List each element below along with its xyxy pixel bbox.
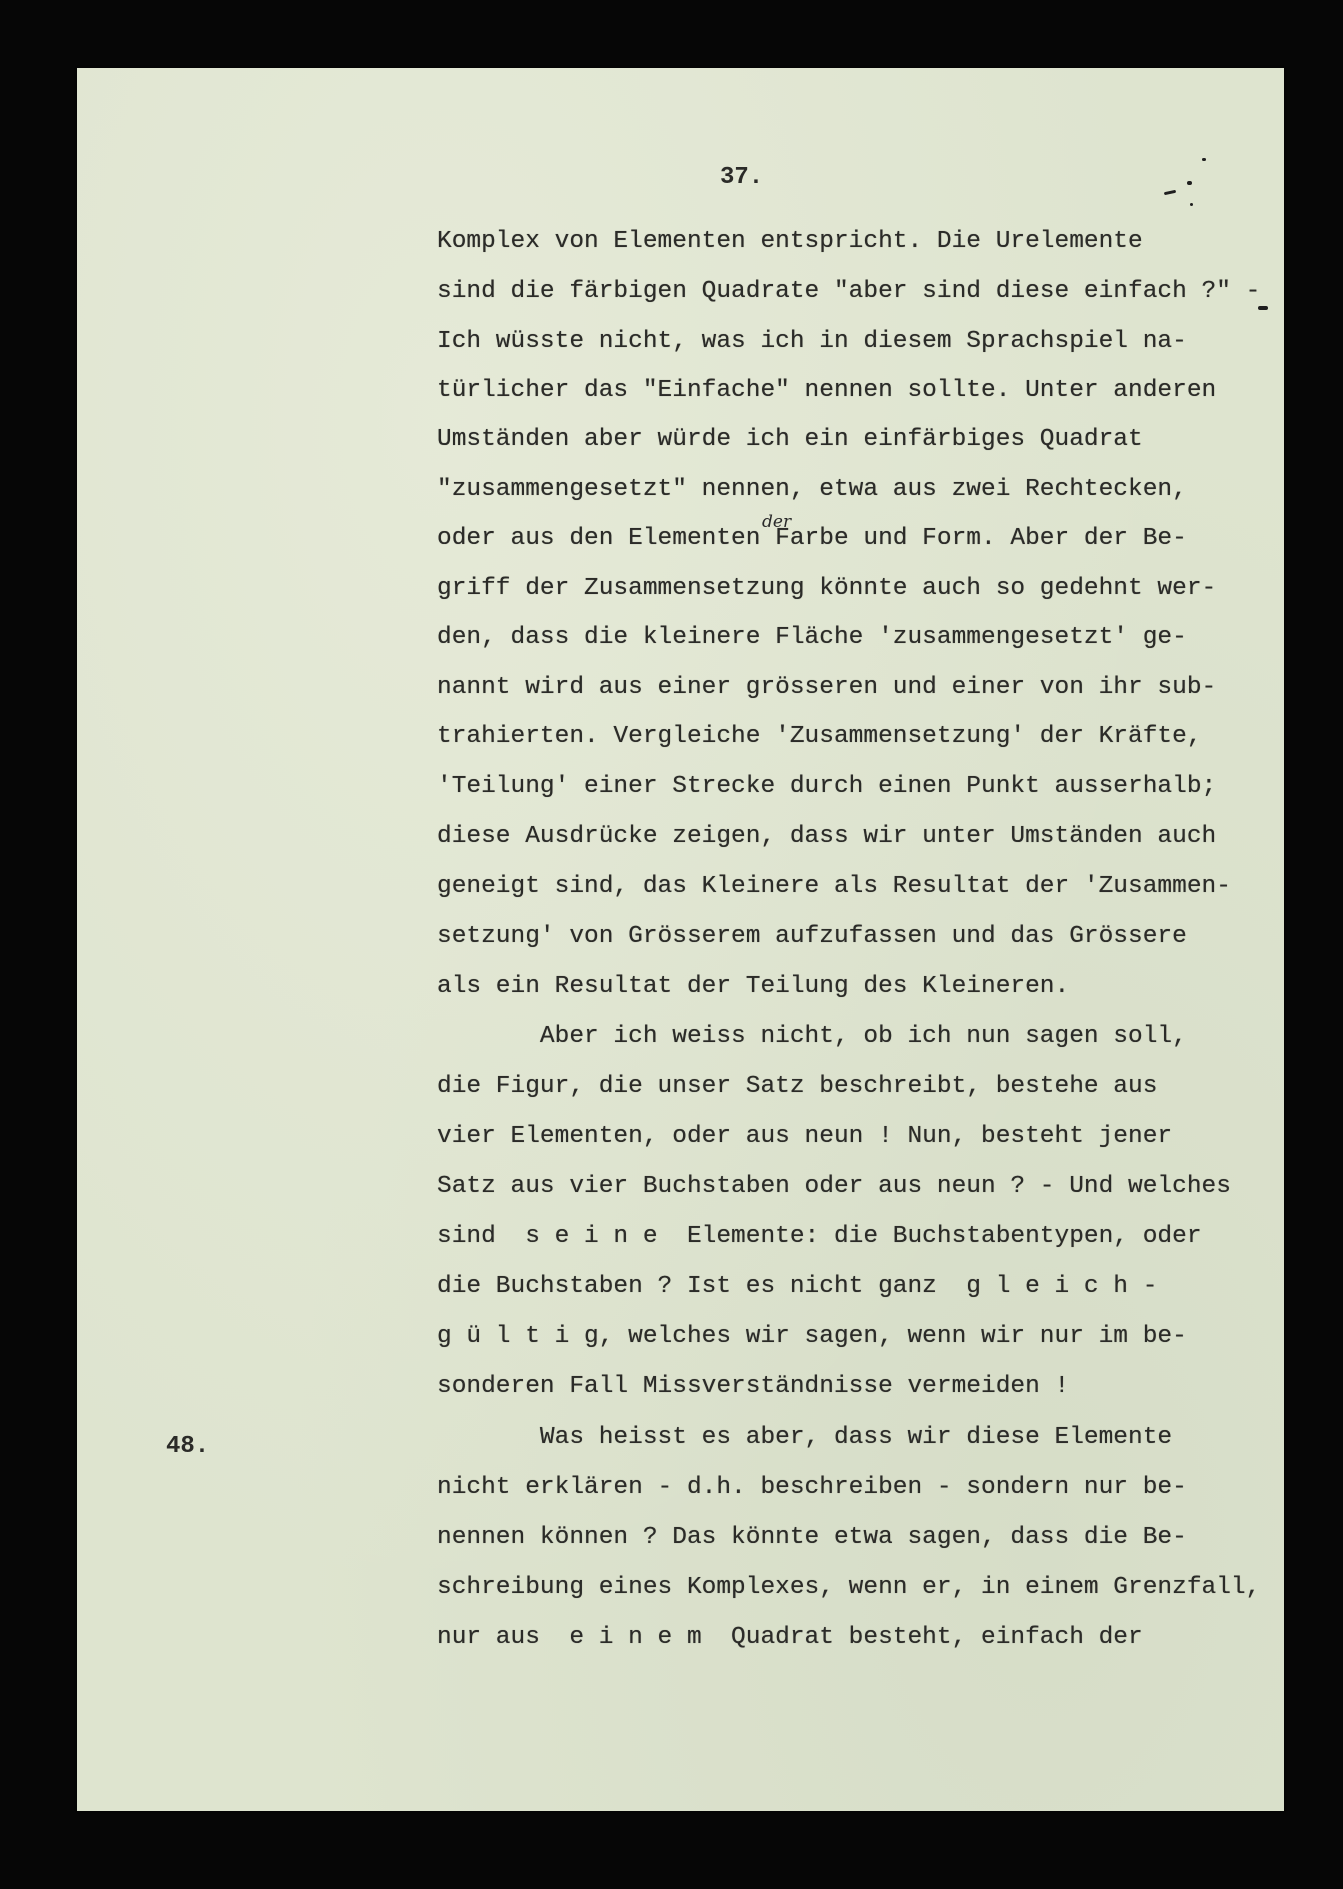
text-line-17: Aber ich weiss nicht, ob ich nun sagen s… bbox=[437, 1023, 1187, 1051]
text-line-6: "zusammengesetzt" nennen, etwa aus zwei … bbox=[437, 476, 1187, 504]
text-line-22: die Buchstaben ? Ist es nicht ganz g l e… bbox=[437, 1273, 1157, 1301]
text-line-21: sind s e i n e Elemente: die Buchstabent… bbox=[437, 1223, 1202, 1251]
text-line-10: nannt wird aus einer grösseren und einer… bbox=[437, 674, 1216, 702]
text-line-9: den, dass die kleinere Fläche 'zusammeng… bbox=[437, 624, 1187, 652]
text-line-27: nennen können ? Das könnte etwa sagen, d… bbox=[437, 1524, 1187, 1552]
text-line-3: Ich wüsste nicht, was ich in diesem Spra… bbox=[437, 328, 1187, 356]
text-line-13: diese Ausdrücke zeigen, dass wir unter U… bbox=[437, 823, 1216, 851]
text-line-1: Komplex von Elementen entspricht. Die Ur… bbox=[437, 228, 1143, 256]
text-line-20: Satz aus vier Buchstaben oder aus neun ?… bbox=[437, 1173, 1231, 1201]
page-number: 37. bbox=[720, 164, 763, 191]
text-line-4: türlicher das "Einfache" nennen sollte. … bbox=[437, 377, 1216, 405]
margin-speck bbox=[1202, 158, 1206, 161]
text-line-25: Was heisst es aber, dass wir diese Eleme… bbox=[437, 1424, 1172, 1452]
text-line-29: nur aus e i n e m Quadrat besteht, einfa… bbox=[437, 1624, 1143, 1652]
text-line-19: vier Elementen, oder aus neun ! Nun, bes… bbox=[437, 1123, 1172, 1151]
margin-speck bbox=[1187, 181, 1192, 185]
text-line-5: Umständen aber würde ich ein einfärbiges… bbox=[437, 426, 1143, 454]
text-line-16: als ein Resultat der Teilung des Kleiner… bbox=[437, 973, 1069, 1001]
text-line-28: schreibung eines Komplexes, wenn er, in … bbox=[437, 1574, 1260, 1602]
margin-dash bbox=[1258, 306, 1268, 310]
text-line-15: setzung' von Grösserem aufzufassen und d… bbox=[437, 923, 1187, 951]
text-line-26: nicht erklären - d.h. beschreiben - sond… bbox=[437, 1474, 1187, 1502]
handwritten-insertion-der: der bbox=[762, 512, 791, 532]
typewritten-page: 37. Komplex von Elementen entspricht. Di… bbox=[77, 68, 1284, 1811]
text-line-18: die Figur, die unser Satz beschreibt, be… bbox=[437, 1073, 1157, 1101]
text-line-2: sind die färbigen Quadrate "aber sind di… bbox=[437, 278, 1260, 306]
text-line-14: geneigt sind, das Kleinere als Resultat … bbox=[437, 873, 1231, 901]
text-line-8: griff der Zusammensetzung könnte auch so… bbox=[437, 575, 1216, 603]
text-line-24: sonderen Fall Missverständnisse vermeide… bbox=[437, 1373, 1069, 1401]
section-number: 48. bbox=[166, 1433, 209, 1460]
text-line-7: oder aus den Elementen Farbe und Form. A… bbox=[437, 525, 1187, 553]
text-line-11: trahierten. Vergleiche 'Zusammensetzung'… bbox=[437, 723, 1202, 751]
text-line-23: g ü l t i g, welches wir sagen, wenn wir… bbox=[437, 1323, 1187, 1351]
margin-dash bbox=[1164, 190, 1176, 195]
margin-speck bbox=[1190, 203, 1193, 206]
text-line-12: 'Teilung' einer Strecke durch einen Punk… bbox=[437, 773, 1216, 801]
